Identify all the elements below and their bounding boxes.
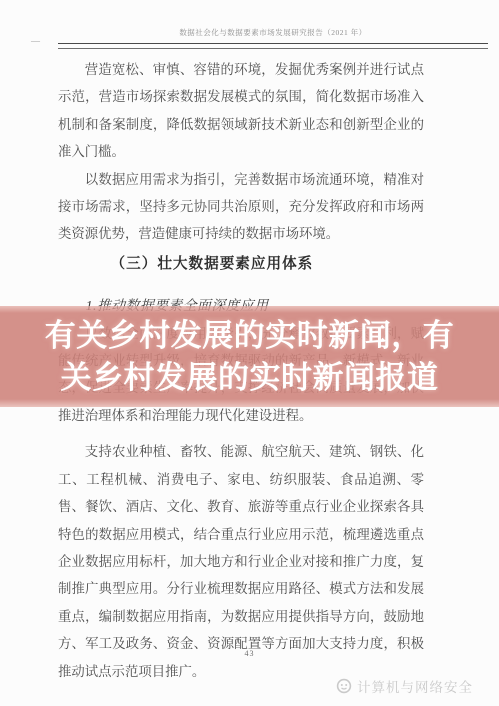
header-double-rule (58, 43, 488, 49)
paragraph-1: 营造宽松、审慎、容错的环境，发掘优秀案例并进行试点示范，营造市场探索数据发展模式… (58, 56, 424, 166)
publisher-logo-icon (336, 678, 352, 694)
margin-dash: — (31, 36, 40, 46)
section-heading: （三）壮大数据要素应用体系 (58, 251, 424, 278)
running-header-title: 数据社会化与数据要素市场发展研究报告（2021 年） (58, 27, 488, 38)
watermark: 计算机与网络安全 (336, 676, 473, 696)
paragraph-2: 以数据应用需求为指引，完善数据市场流通环境，精准对接市场需求，坚持多元协同共治原… (58, 166, 424, 248)
page-number: 43 (0, 649, 499, 658)
news-headline-banner: 有关乡村发展的实时新闻，有关乡村发展的实时新闻报道 (0, 306, 499, 407)
headline-text: 有关乡村发展的实时新闻，有关乡村发展的实时新闻报道 (42, 315, 458, 398)
document-page: — 数据社会化与数据要素市场发展研究报告（2021 年） 营造宽松、审慎、容错的… (0, 0, 499, 706)
watermark-text: 计算机与网络安全 (357, 676, 473, 696)
paragraph-4: 支持农业种植、畜牧、能源、航空航天、建筑、钢铁、化工、工程机械、消费电子、家电、… (58, 438, 424, 685)
